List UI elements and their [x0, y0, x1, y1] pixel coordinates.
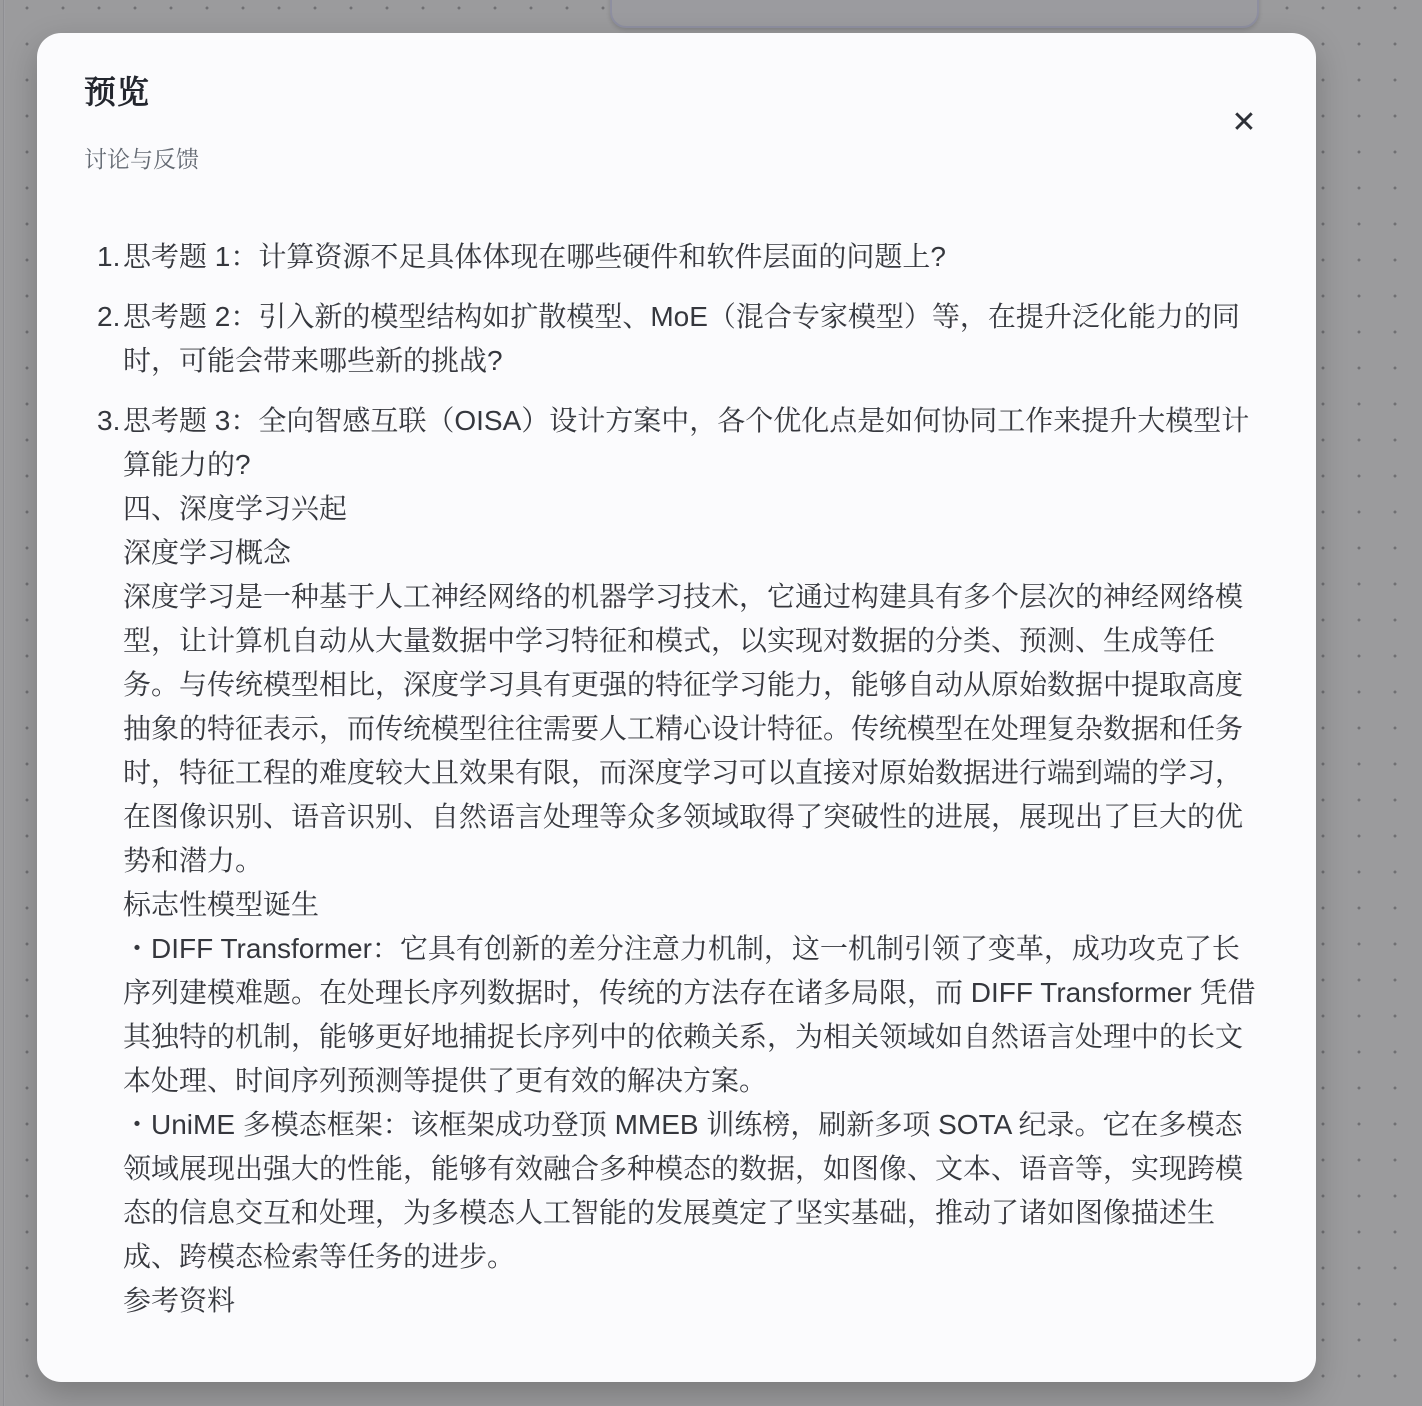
- close-icon: ✕: [1231, 106, 1256, 139]
- close-button[interactable]: ✕: [1222, 101, 1266, 145]
- text-line: 思考题 1：计算资源不足具体体现在哪些硬件和软件层面的问题上?: [123, 235, 1262, 279]
- list-item-number: 3.: [97, 399, 123, 443]
- text-line: 思考题 2：引入新的模型结构如扩散模型、MoE（混合专家模型）等，在提升泛化能力…: [123, 295, 1262, 383]
- text-line: 思考题 3：全向智感互联（OISA）设计方案中，各个优化点是如何协同工作来提升大…: [123, 399, 1262, 487]
- modal-title: 预览: [84, 73, 1262, 111]
- text-line: 参考资料: [123, 1279, 1262, 1323]
- text-line: ・DIFF Transformer：它具有创新的差分注意力机制，这一机制引领了变…: [123, 927, 1262, 1103]
- canvas-background: 预览 ✕ 讨论与反馈 1. 思考题 1：计算资源不足具体体现在哪些硬件和软件层面…: [0, 0, 1422, 1406]
- canvas-frame-shape: [610, 0, 1259, 28]
- text-line: ・UniME 多模态框架：该框架成功登顶 MMEB 训练榜，刷新多项 SOTA …: [123, 1103, 1262, 1279]
- list-item-lines: 思考题 1：计算资源不足具体体现在哪些硬件和软件层面的问题上?: [123, 235, 1262, 279]
- text-line: 深度学习是一种基于人工神经网络的机器学习技术，它通过构建具有多个层次的神经网络模…: [123, 575, 1262, 883]
- list-item-number: 1.: [97, 235, 123, 279]
- content-list: 1. 思考题 1：计算资源不足具体体现在哪些硬件和软件层面的问题上? 2. 思考…: [84, 235, 1262, 1323]
- list-item-number: 2.: [97, 295, 123, 339]
- text-line: 四、深度学习兴起: [123, 487, 1262, 531]
- list-item-lines: 思考题 3：全向智感互联（OISA）设计方案中，各个优化点是如何协同工作来提升大…: [123, 399, 1262, 1323]
- list-item: 3. 思考题 3：全向智感互联（OISA）设计方案中，各个优化点是如何协同工作来…: [84, 399, 1262, 1323]
- text-line: 深度学习概念: [123, 531, 1262, 575]
- list-item: 2. 思考题 2：引入新的模型结构如扩散模型、MoE（混合专家模型）等，在提升泛…: [84, 295, 1262, 383]
- list-item-lines: 思考题 2：引入新的模型结构如扩散模型、MoE（混合专家模型）等，在提升泛化能力…: [123, 295, 1262, 383]
- text-line: 标志性模型诞生: [123, 883, 1262, 927]
- preview-modal: 预览 ✕ 讨论与反馈 1. 思考题 1：计算资源不足具体体现在哪些硬件和软件层面…: [37, 33, 1316, 1382]
- canvas-edge-line: [3, 0, 5, 1406]
- modal-subtitle: 讨论与反馈: [84, 145, 1262, 173]
- list-item: 1. 思考题 1：计算资源不足具体体现在哪些硬件和软件层面的问题上?: [84, 235, 1262, 279]
